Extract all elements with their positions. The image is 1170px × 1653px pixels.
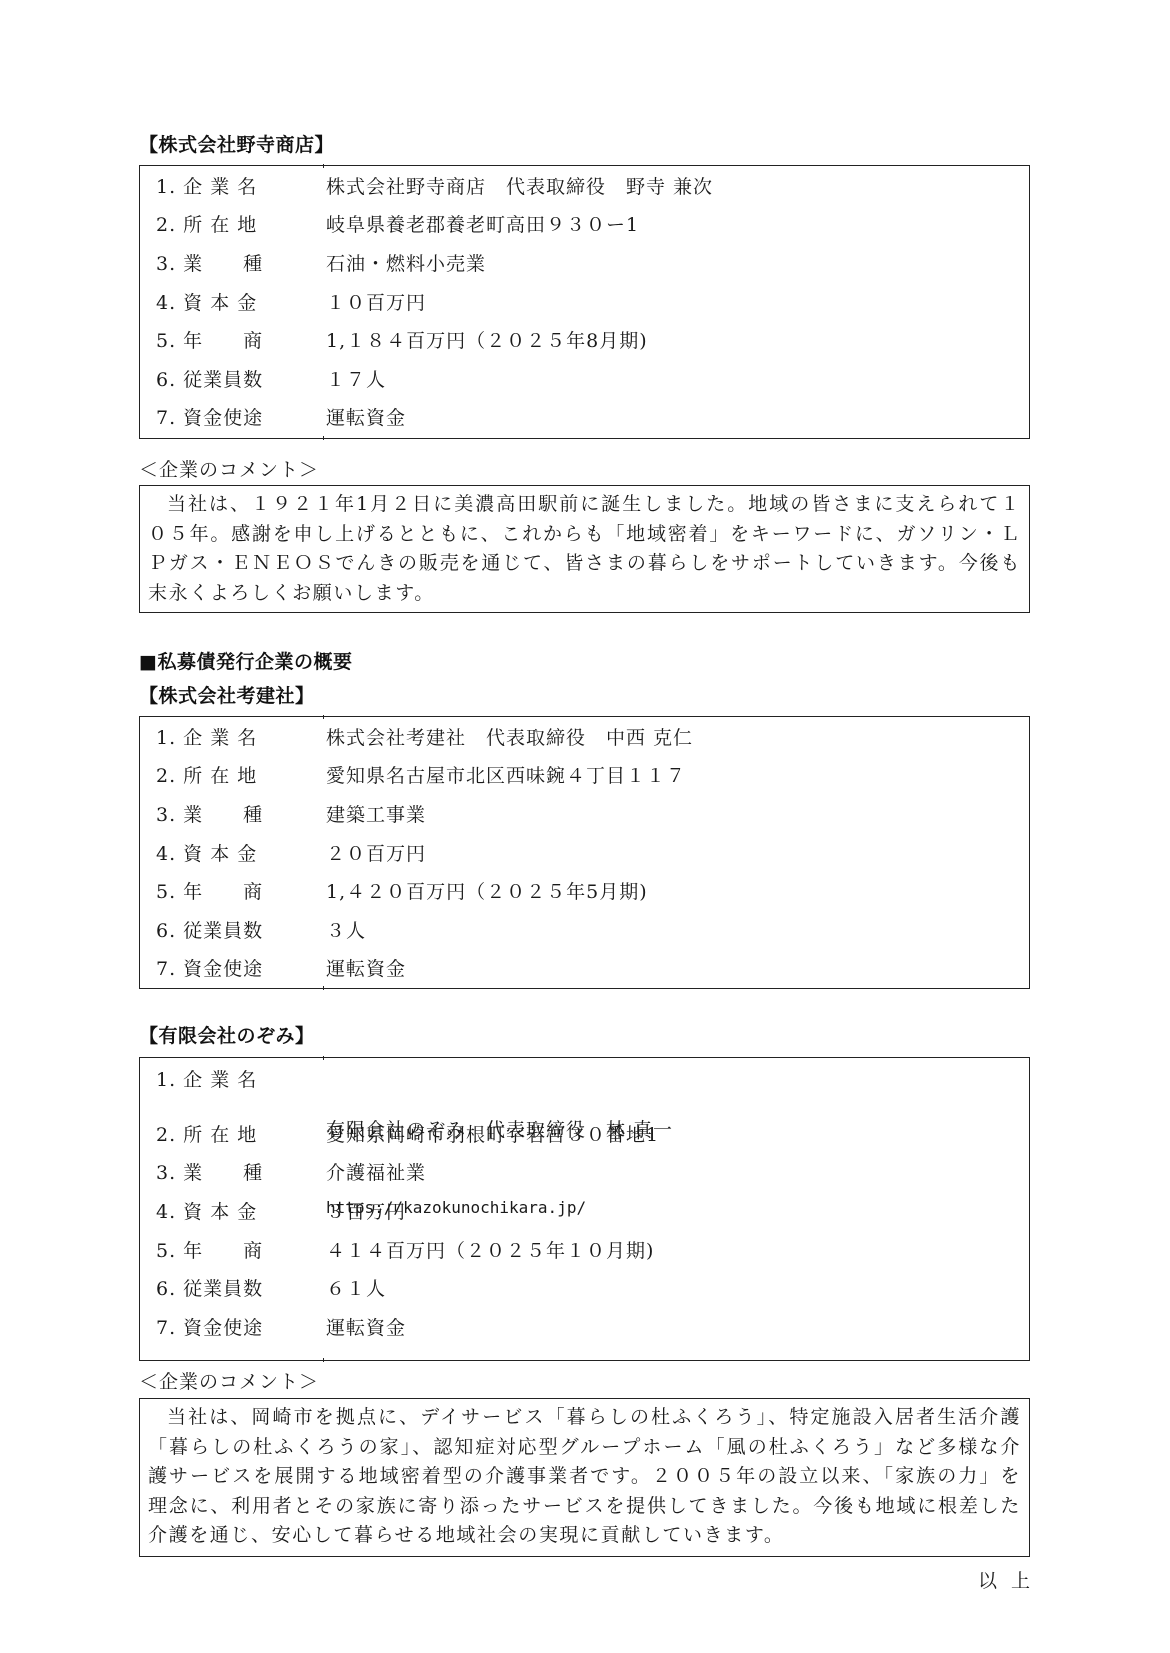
row-value: 運転資金 (326, 403, 1029, 430)
row-value: 愛知県名古屋市北区西味鋺４丁目１１７ (326, 761, 1029, 788)
row-label: 7. 資金使途 (140, 954, 326, 981)
table-row: 5. 年 商1,４２０百万円（２０２５年5月期) (140, 871, 1029, 910)
row-label: 2. 所 在 地 (140, 210, 326, 237)
row-value: 株式会社野寺商店 代表取締役 野寺 兼次 (326, 172, 1029, 199)
row-value: 建築工事業 (326, 800, 1029, 827)
row-label: 6. 従業員数 (140, 1274, 326, 1301)
row-label: 3. 業 種 (140, 249, 326, 276)
row-label: 1. 企 業 名 (140, 1065, 326, 1092)
row-value: １０百万円 (326, 288, 1029, 315)
column-divider-tick (323, 1056, 324, 1060)
table-row: 5. 年 商1,１８４百万円（２０２５年8月期) (140, 320, 1029, 359)
row-label: 4. 資 本 金 (140, 839, 326, 866)
row-value: 愛知県岡崎市羽根町字若宮３０番地1 (326, 1120, 1029, 1147)
row-label: 5. 年 商 (140, 877, 326, 904)
row-label: 4. 資 本 金 (140, 1197, 326, 1224)
row-label: 4. 資 本 金 (140, 288, 326, 315)
table-row: 1. 企 業 名 有限会社のぞみ 代表取締役 林 真一 https://kazo… (140, 1058, 1029, 1114)
row-label: 2. 所 在 地 (140, 761, 326, 788)
row-value: ３人 (326, 916, 1029, 943)
row-label: 2. 所 在 地 (140, 1120, 326, 1147)
table-row: 4. 資 本 金２０百万円 (140, 833, 1029, 872)
row-value: ６１人 (326, 1274, 1029, 1301)
table-row: 4. 資 本 金１０百万円 (140, 282, 1029, 321)
table-row: 7. 資金使途運転資金 (140, 398, 1029, 437)
row-label: 1. 企 業 名 (140, 723, 326, 750)
row-value: 株式会社考建社 代表取締役 中西 克仁 (326, 723, 1029, 750)
row-label: 7. 資金使途 (140, 403, 326, 430)
row-value: 1,１８４百万円（２０２５年8月期) (326, 326, 1029, 353)
row-value: 運転資金 (326, 1313, 1029, 1340)
row-label: 3. 業 種 (140, 800, 326, 827)
table-row: 3. 業 種石油・燃料小売業 (140, 243, 1029, 282)
row-value: 1,４２０百万円（２０２５年5月期) (326, 877, 1029, 904)
company-heading-koukensha: 【株式会社考建社】 (139, 681, 315, 708)
table-row: 6. 従業員数１７人 (140, 359, 1029, 398)
column-divider-tick (323, 986, 324, 990)
table-row: 7. 資金使途運転資金 (140, 949, 1029, 988)
table-row: 3. 業 種建築工事業 (140, 794, 1029, 833)
column-divider-tick (323, 1358, 324, 1362)
table-row: 1. 企 業 名株式会社考建社 代表取締役 中西 克仁 (140, 717, 1029, 756)
comment-text: 当社は、岡崎市を拠点に、デイサービス「暮らしの杜ふくろう」、特定施設入居者生活介… (148, 1403, 1021, 1551)
company-info-table-koukensha: 1. 企 業 名株式会社考建社 代表取締役 中西 克仁 2. 所 在 地愛知県名… (139, 716, 1030, 989)
comment-label: ＜企業のコメント＞ (139, 455, 319, 482)
row-value: 石油・燃料小売業 (326, 249, 1029, 276)
row-label: 3. 業 種 (140, 1158, 326, 1185)
row-value: 運転資金 (326, 954, 1029, 981)
table-row: 2. 所 在 地岐阜県養老郡養老町高田９３０ー1 (140, 205, 1029, 244)
column-divider-tick (323, 164, 324, 168)
table-row: 7. 資金使途運転資金 (140, 1307, 1029, 1346)
row-label: 6. 従業員数 (140, 916, 326, 943)
company-comment-box-nodera: 当社は、１９２１年1月２日に美濃高田駅前に誕生しました。地域の皆さまに支えられて… (139, 485, 1030, 613)
row-label: 6. 従業員数 (140, 365, 326, 392)
row-label: 5. 年 商 (140, 326, 326, 353)
row-label: 7. 資金使途 (140, 1313, 326, 1340)
row-value: ２０百万円 (326, 839, 1029, 866)
company-info-table-nodera: 1. 企 業 名株式会社野寺商店 代表取締役 野寺 兼次 2. 所 在 地岐阜県… (139, 165, 1030, 439)
row-value: 岐阜県養老郡養老町高田９３０ー1 (326, 210, 1029, 237)
row-label: 1. 企 業 名 (140, 172, 326, 199)
table-row: 6. 従業員数６１人 (140, 1268, 1029, 1307)
row-value: ３百万円 (326, 1197, 1029, 1224)
column-divider-tick (323, 715, 324, 719)
row-value: １７人 (326, 365, 1029, 392)
section-heading: ■私募債発行企業の概要 (139, 647, 352, 674)
row-value: 介護福祉業 (326, 1158, 1029, 1185)
table-row: 6. 従業員数３人 (140, 910, 1029, 949)
row-value: ４１４百万円（２０２５年１０月期) (326, 1236, 1029, 1263)
column-divider-tick (323, 436, 324, 440)
closing-mark: 以上 (978, 1566, 1044, 1593)
comment-label: ＜企業のコメント＞ (139, 1367, 319, 1394)
company-info-table-nozomi: 1. 企 業 名 有限会社のぞみ 代表取締役 林 真一 https://kazo… (139, 1057, 1030, 1361)
table-row: 1. 企 業 名株式会社野寺商店 代表取締役 野寺 兼次 (140, 166, 1029, 205)
company-comment-box-nozomi: 当社は、岡崎市を拠点に、デイサービス「暮らしの杜ふくろう」、特定施設入居者生活介… (139, 1398, 1030, 1557)
comment-text: 当社は、１９２１年1月２日に美濃高田駅前に誕生しました。地域の皆さまに支えられて… (148, 490, 1021, 608)
table-row: 2. 所 在 地愛知県名古屋市北区西味鋺４丁目１１７ (140, 756, 1029, 795)
row-label: 5. 年 商 (140, 1236, 326, 1263)
company-heading-nozomi: 【有限会社のぞみ】 (139, 1021, 315, 1048)
company-heading-nodera: 【株式会社野寺商店】 (139, 130, 334, 157)
